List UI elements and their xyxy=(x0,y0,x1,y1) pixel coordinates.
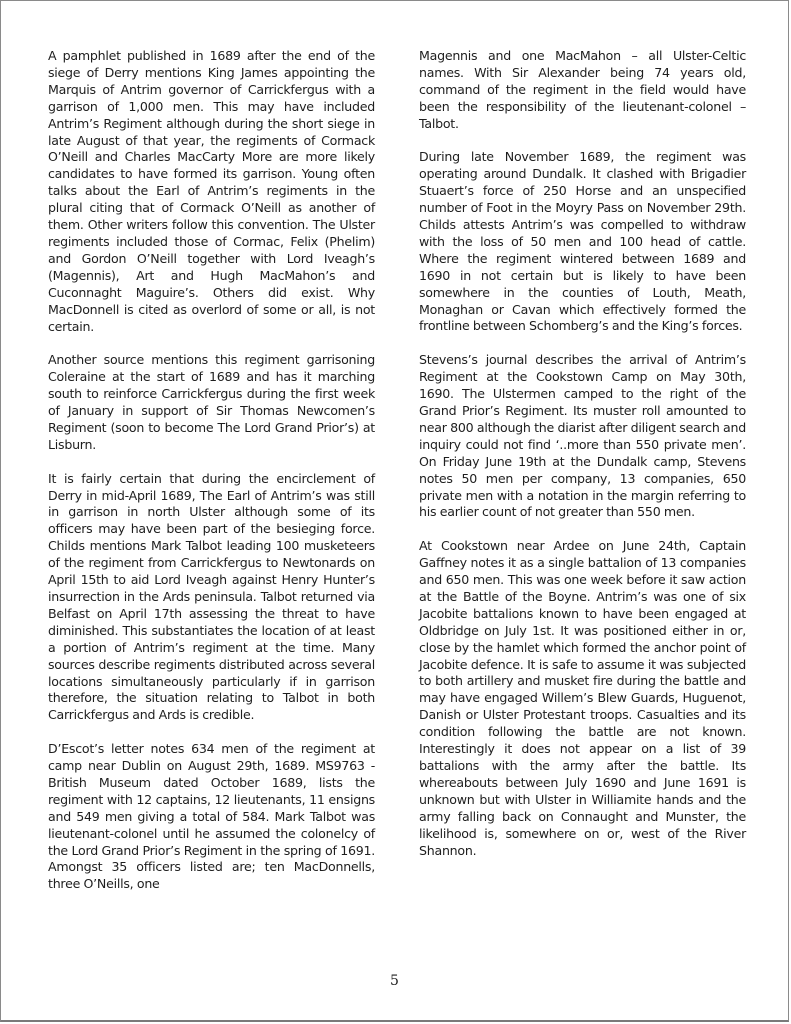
paragraph: During late November 1689, the regiment … xyxy=(419,149,746,335)
text-column-right: Magennis and one MacMahon – all Ulster-C… xyxy=(419,48,746,876)
document-page: A pamphlet published in 1689 after the e… xyxy=(0,0,789,1022)
paragraph: A pamphlet published in 1689 after the e… xyxy=(48,48,375,335)
paragraph: D’Escot’s letter notes 634 men of the re… xyxy=(48,741,375,893)
page-number: 5 xyxy=(1,973,788,989)
text-column-left: A pamphlet published in 1689 after the e… xyxy=(48,48,375,910)
paragraph: It is fairly certain that during the enc… xyxy=(48,471,375,725)
paragraph: Another source mentions this regiment ga… xyxy=(48,352,375,453)
paragraph: At Cookstown near Ardee on June 24th, Ca… xyxy=(419,538,746,859)
paragraph: Magennis and one MacMahon – all Ulster-C… xyxy=(419,48,746,133)
paragraph: Stevens’s journal describes the arrival … xyxy=(419,352,746,521)
